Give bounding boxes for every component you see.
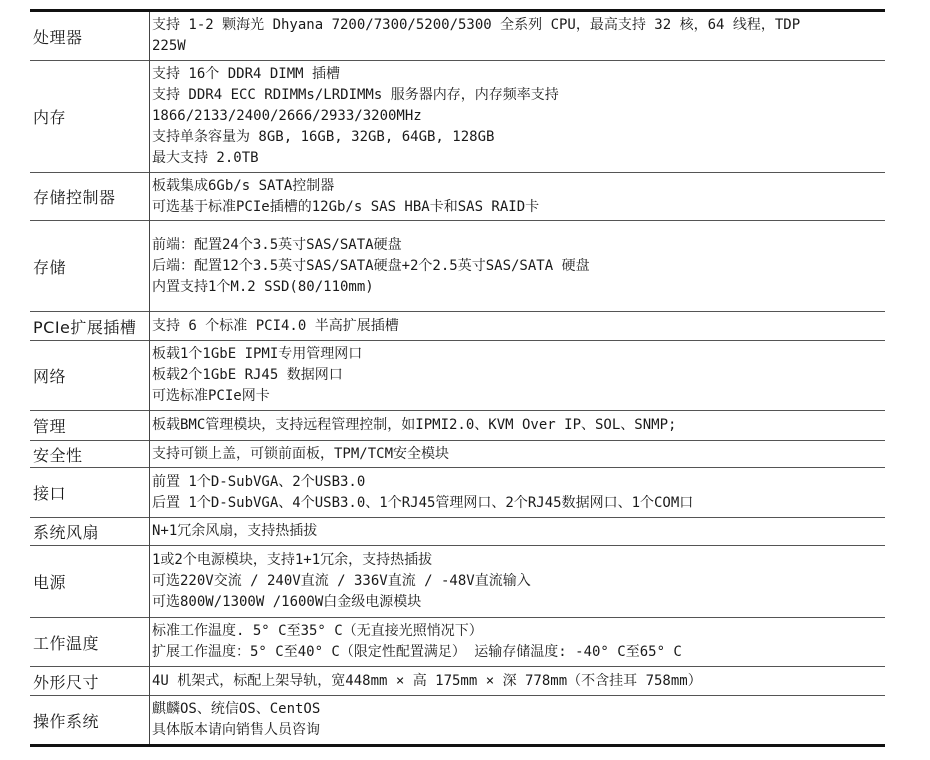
spec-value-line: 支持 DDR4 ECC RDIMMs/LRDIMMs 服务器内存，内存频率支持: [152, 85, 885, 106]
spec-value-line: 板载2个1GbE RJ45 数据网口: [152, 365, 885, 386]
spec-value: 板载1个1GbE IPMI专用管理网口板载2个1GbE RJ45 数据网口可选标…: [150, 341, 886, 411]
table-row: 接口前置 1个D-SubVGA、2个USB3.0后置 1个D-SubVGA、4个…: [30, 468, 885, 518]
spec-value-line: 板载1个1GbE IPMI专用管理网口: [152, 344, 885, 365]
spec-value-line: 最大支持 2.0TB: [152, 148, 885, 169]
table-row: 安全性支持可锁上盖，可锁前面板，TPM/TCM安全模块: [30, 441, 885, 468]
spec-label: 工作温度: [30, 618, 150, 667]
spec-value-line: 后置 1个D-SubVGA、4个USB3.0、1个RJ45管理网口、2个RJ45…: [152, 493, 885, 514]
spec-value-line: 可选800W/1300W /1600W白金级电源模块: [152, 592, 885, 613]
spec-label: PCIe扩展插槽: [30, 312, 150, 341]
table-row: 存储控制器板载集成6Gb/s SATA控制器可选基于标准PCIe插槽的12Gb/…: [30, 173, 885, 221]
spec-label: 存储: [30, 221, 150, 312]
spec-value: 板载集成6Gb/s SATA控制器可选基于标准PCIe插槽的12Gb/s SAS…: [150, 173, 886, 221]
spec-value: 前置 1个D-SubVGA、2个USB3.0后置 1个D-SubVGA、4个US…: [150, 468, 886, 518]
spec-label: 外形尺寸: [30, 667, 150, 696]
spec-value-line: 支持可锁上盖，可锁前面板，TPM/TCM安全模块: [152, 444, 885, 465]
spec-label: 操作系统: [30, 696, 150, 746]
spec-value: 麒麟OS、统信OS、CentOS具体版本请向销售人员咨询: [150, 696, 886, 746]
table-row: 操作系统麒麟OS、统信OS、CentOS具体版本请向销售人员咨询: [30, 696, 885, 746]
spec-value-line: 可选基于标准PCIe插槽的12Gb/s SAS HBA卡和SAS RAID卡: [152, 197, 885, 218]
spec-value-line: 麒麟OS、统信OS、CentOS: [152, 699, 885, 720]
spec-value-line: 内置支持1个M.2 SSD(80/110mm): [152, 277, 885, 298]
spec-value-line: 板载BMC管理模块，支持远程管理控制，如IPMI2.0、KVM Over IP、…: [152, 415, 885, 436]
spec-label: 内存: [30, 61, 150, 173]
spec-value: N+1冗余风扇，支持热插拔: [150, 518, 886, 546]
spec-value-line: 225W: [152, 36, 885, 57]
table-row: 管理板载BMC管理模块，支持远程管理控制，如IPMI2.0、KVM Over I…: [30, 411, 885, 441]
spec-value-line: 扩展工作温度：5° C至40° C（限定性配置满足） 运输存储温度: -40° …: [152, 642, 885, 663]
spec-value-line: 1866/2133/2400/2666/2933/3200MHz: [152, 106, 885, 127]
spec-value: 支持 16个 DDR4 DIMM 插槽支持 DDR4 ECC RDIMMs/LR…: [150, 61, 886, 173]
spec-value-line: 可选220V交流 / 240V直流 / 336V直流 / -48V直流输入: [152, 571, 885, 592]
spec-value-line: 1或2个电源模块，支持1+1冗余，支持热插拔: [152, 550, 885, 571]
table-row: 网络板载1个1GbE IPMI专用管理网口板载2个1GbE RJ45 数据网口可…: [30, 341, 885, 411]
table-row: 处理器支持 1-2 颗海光 Dhyana 7200/7300/5200/5300…: [30, 11, 885, 61]
spec-value-line: 支持 1-2 颗海光 Dhyana 7200/7300/5200/5300 全系…: [152, 15, 885, 36]
table-row: 电源1或2个电源模块，支持1+1冗余，支持热插拔可选220V交流 / 240V直…: [30, 546, 885, 618]
table-row: 系统风扇N+1冗余风扇，支持热插拔: [30, 518, 885, 546]
spec-value-line: 4U 机架式，标配上架导轨，宽448mm × 高 175mm × 深 778mm…: [152, 671, 885, 692]
spec-label: 系统风扇: [30, 518, 150, 546]
spec-value-line: 支持 6 个标准 PCI4.0 半高扩展插槽: [152, 316, 885, 337]
table-row: PCIe扩展插槽支持 6 个标准 PCI4.0 半高扩展插槽: [30, 312, 885, 341]
spec-value: 支持 6 个标准 PCI4.0 半高扩展插槽: [150, 312, 886, 341]
table-row: 存储前端：配置24个3.5英寸SAS/SATA硬盘后端：配置12个3.5英寸SA…: [30, 221, 885, 312]
spec-table-body: 处理器支持 1-2 颗海光 Dhyana 7200/7300/5200/5300…: [30, 11, 885, 746]
spec-value: 4U 机架式，标配上架导轨，宽448mm × 高 175mm × 深 778mm…: [150, 667, 886, 696]
spec-label: 处理器: [30, 11, 150, 61]
spec-table: 处理器支持 1-2 颗海光 Dhyana 7200/7300/5200/5300…: [30, 9, 885, 747]
spec-value: 支持 1-2 颗海光 Dhyana 7200/7300/5200/5300 全系…: [150, 11, 886, 61]
spec-value: 标准工作温度. 5° C至35° C（无直接光照悄况下）扩展工作温度：5° C至…: [150, 618, 886, 667]
table-row: 内存支持 16个 DDR4 DIMM 插槽支持 DDR4 ECC RDIMMs/…: [30, 61, 885, 173]
spec-value-line: N+1冗余风扇，支持热插拔: [152, 521, 885, 542]
spec-label: 电源: [30, 546, 150, 618]
spec-value-line: 板载集成6Gb/s SATA控制器: [152, 176, 885, 197]
spec-label: 管理: [30, 411, 150, 441]
spec-value-line: 可选标准PCIe网卡: [152, 386, 885, 407]
spec-label: 网络: [30, 341, 150, 411]
spec-value-line: 具体版本请向销售人员咨询: [152, 720, 885, 741]
spec-label: 安全性: [30, 441, 150, 468]
spec-value-line: 前端：配置24个3.5英寸SAS/SATA硬盘: [152, 235, 885, 256]
spec-value-line: 支持 16个 DDR4 DIMM 插槽: [152, 64, 885, 85]
spec-value: 前端：配置24个3.5英寸SAS/SATA硬盘后端：配置12个3.5英寸SAS/…: [150, 221, 886, 312]
spec-value: 支持可锁上盖，可锁前面板，TPM/TCM安全模块: [150, 441, 886, 468]
table-row: 外形尺寸4U 机架式，标配上架导轨，宽448mm × 高 175mm × 深 7…: [30, 667, 885, 696]
spec-value-line: 支持单条容量为 8GB, 16GB, 32GB, 64GB, 128GB: [152, 127, 885, 148]
spec-label: 存储控制器: [30, 173, 150, 221]
spec-value: 板载BMC管理模块，支持远程管理控制，如IPMI2.0、KVM Over IP、…: [150, 411, 886, 441]
table-row: 工作温度标准工作温度. 5° C至35° C（无直接光照悄况下）扩展工作温度：5…: [30, 618, 885, 667]
spec-value-line: 前置 1个D-SubVGA、2个USB3.0: [152, 472, 885, 493]
spec-value-line: 标准工作温度. 5° C至35° C（无直接光照悄况下）: [152, 621, 885, 642]
spec-value-line: 后端：配置12个3.5英寸SAS/SATA硬盘+2个2.5英寸SAS/SATA …: [152, 256, 885, 277]
spec-label: 接口: [30, 468, 150, 518]
spec-value: 1或2个电源模块，支持1+1冗余，支持热插拔可选220V交流 / 240V直流 …: [150, 546, 886, 618]
